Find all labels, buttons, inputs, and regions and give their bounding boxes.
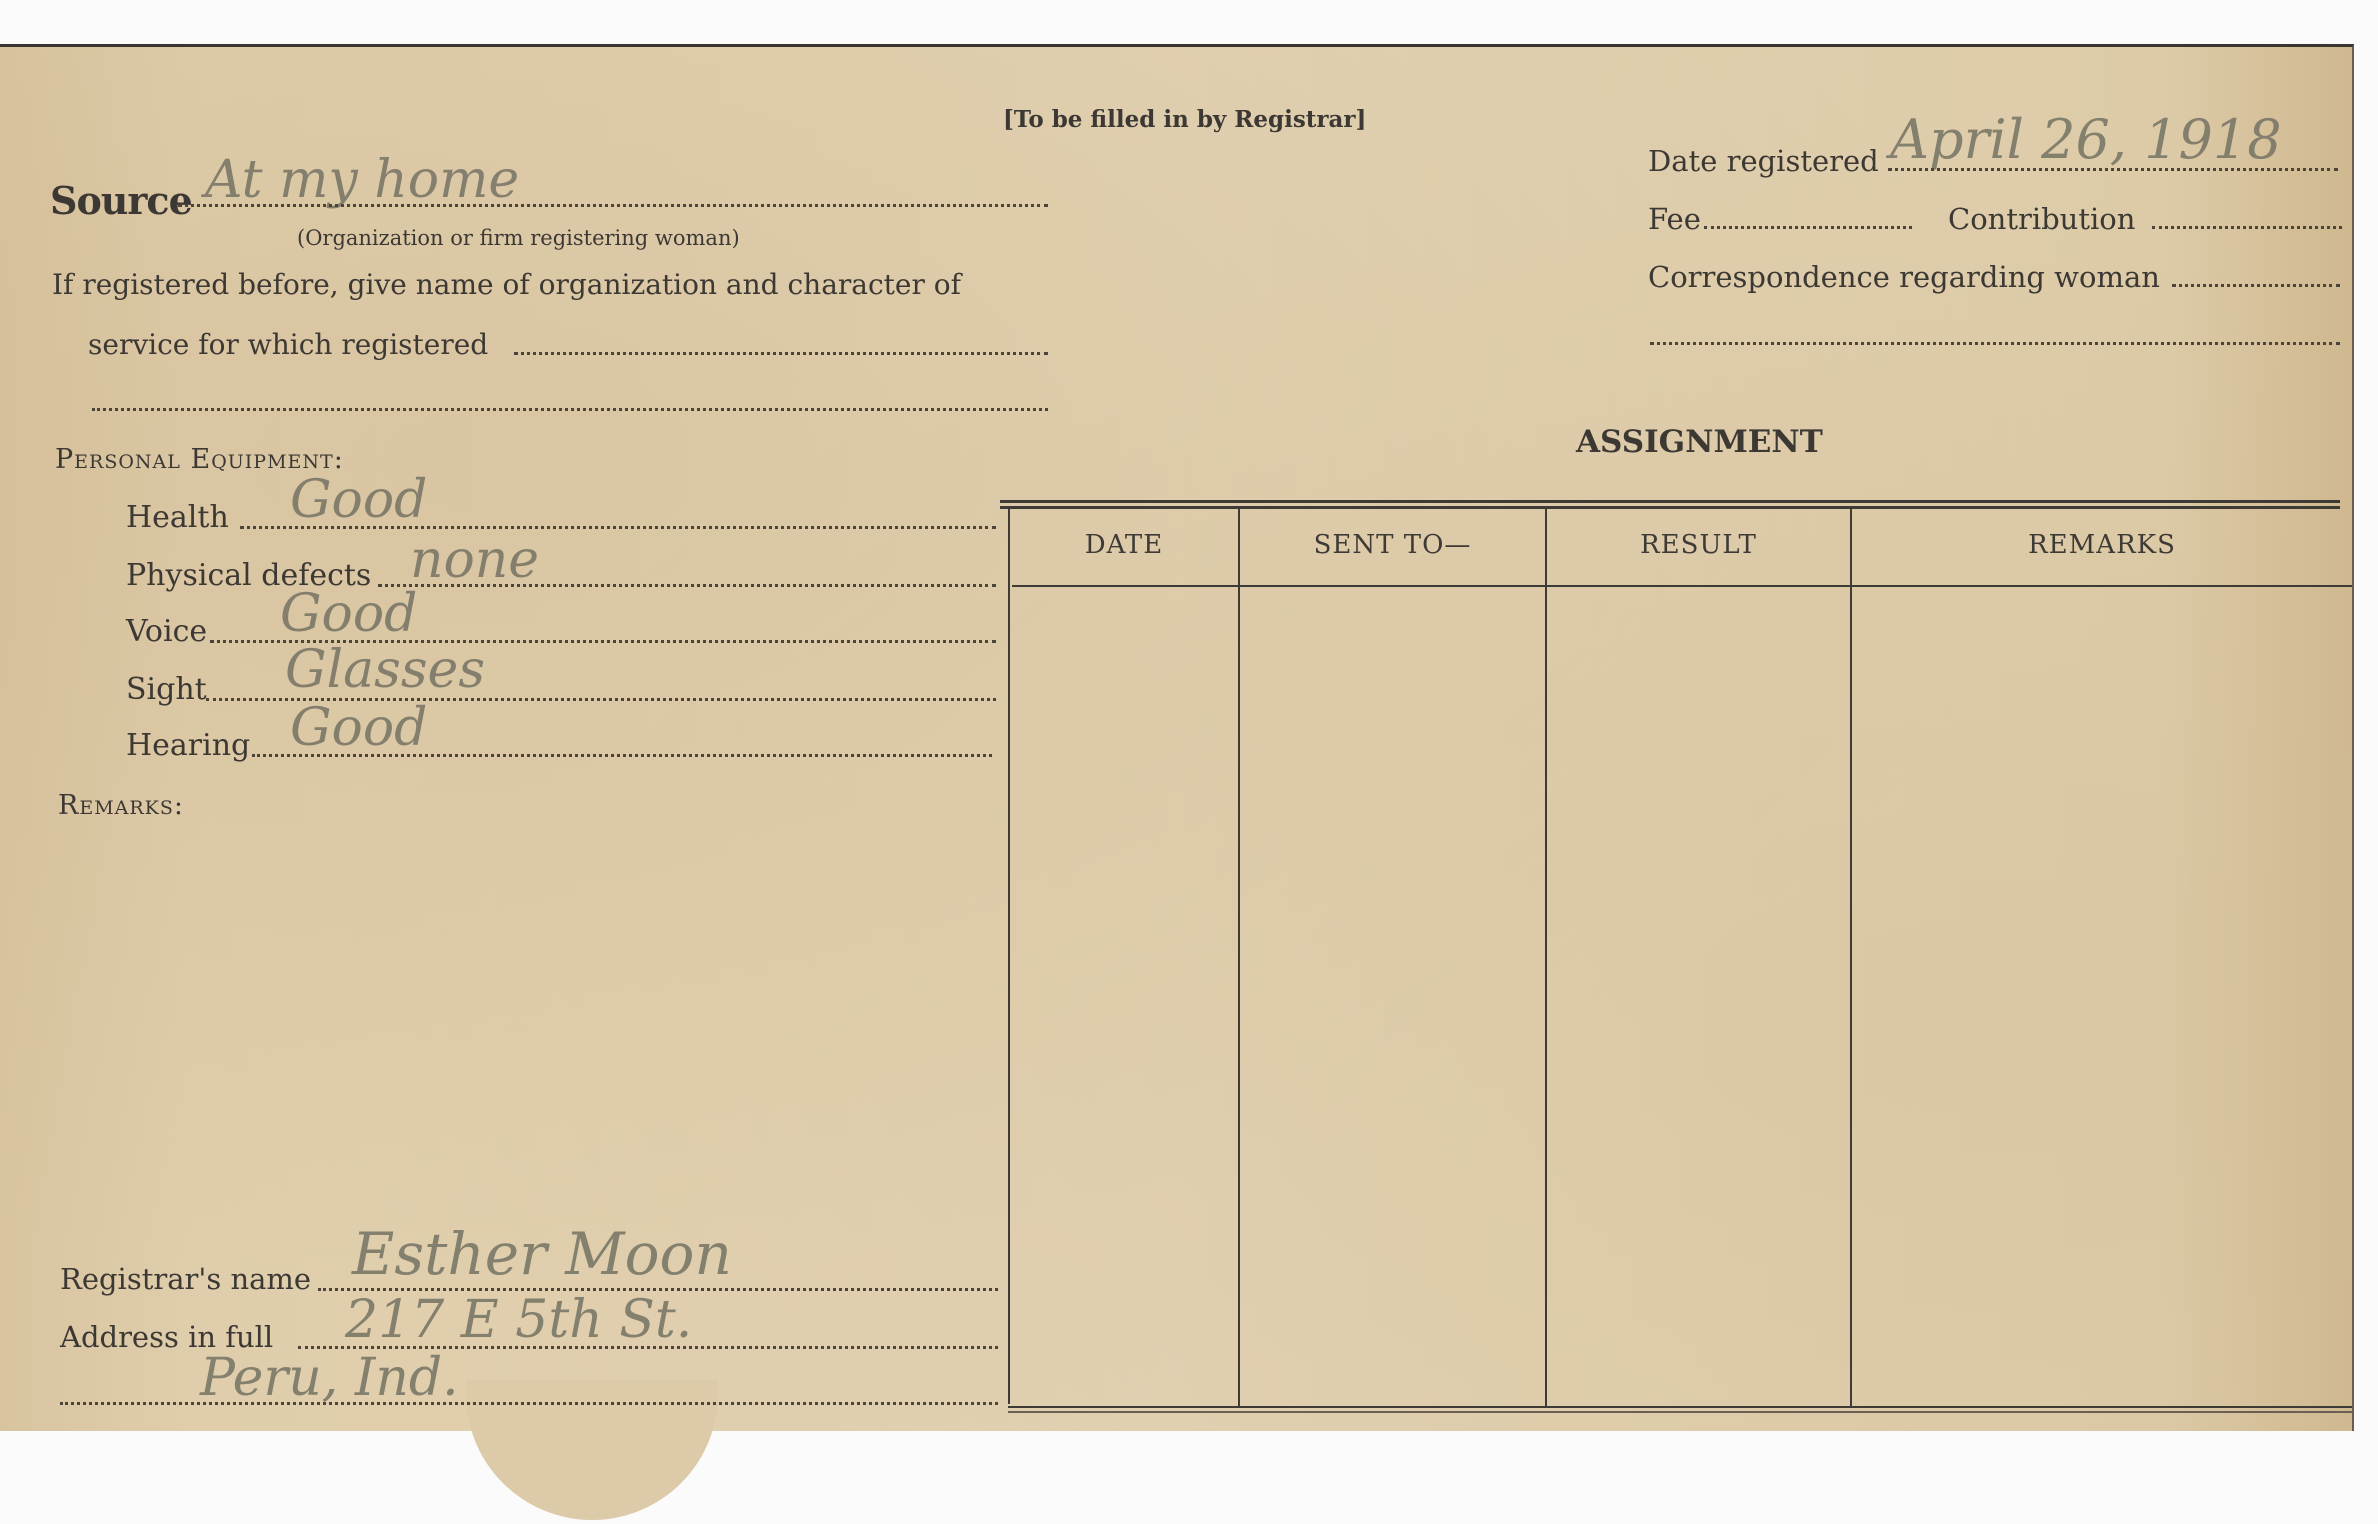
card-index-tab [466,1380,718,1520]
prior-registration-field[interactable] [514,352,1048,355]
source-caption: (Organization or firm registering woman) [297,226,740,250]
remarks-area[interactable] [58,830,988,1250]
physical-defects-line [378,584,996,587]
source-label: Source [50,178,192,223]
voice-value[interactable]: Good [280,584,417,644]
sent-to-column-cells[interactable] [1240,588,1545,1404]
remarks-label: Remarks: [58,790,184,821]
table-top-rule-1 [1000,500,2340,503]
correspondence-label: Correspondence regarding woman [1648,260,2160,294]
date-column-cells[interactable] [1010,588,1238,1404]
address-line-2 [60,1402,998,1405]
column-header-sent-to: SENT TO— [1240,530,1545,560]
voice-label: Voice [126,614,207,649]
hearing-label: Hearing [126,728,250,763]
sight-label: Sight [126,672,207,707]
prior-registration-field-2[interactable] [92,408,1048,411]
hearing-value[interactable]: Good [290,698,427,758]
physical-defects-value[interactable]: none [410,530,539,590]
source-value[interactable]: At my home [205,150,519,210]
address-value-line1[interactable]: 217 E 5th St. [345,1290,692,1350]
sight-value[interactable]: Glasses [285,640,485,700]
date-registered-value[interactable]: April 26, 1918 [1890,108,2282,171]
header-underline [1012,585,2352,587]
address-value-line2[interactable]: Peru, Ind. [200,1348,459,1408]
hearing-line [252,754,992,757]
table-bottom-rule-2 [1008,1411,2352,1413]
remarks-column-cells[interactable] [1852,588,2350,1404]
column-header-result: RESULT [1547,530,1850,560]
health-label: Health [126,500,229,535]
fee-label: Fee [1648,202,1701,236]
date-registered-line [1888,168,2338,171]
registrar-note: [To be filled in by Registrar] [1003,106,1366,133]
prior-registration-line2: service for which registered [88,328,488,361]
health-value[interactable]: Good [290,470,427,530]
column-header-date: DATE [1010,530,1238,560]
assignment-title: ASSIGNMENT [1576,424,1823,460]
fee-field[interactable] [1704,226,1912,229]
correspondence-field[interactable] [2172,284,2340,287]
date-registered-label: Date registered [1648,144,1879,178]
contribution-field[interactable] [2152,226,2342,229]
correspondence-field-2[interactable] [1650,342,2340,345]
prior-registration-line1: If registered before, give name of organ… [52,268,961,301]
registrar-name-value[interactable]: Esther Moon [352,1220,732,1288]
health-line [240,526,996,529]
contribution-label: Contribution [1948,202,2135,236]
table-top-rule-2 [1000,506,2340,509]
result-column-cells[interactable] [1547,588,1850,1404]
column-header-remarks: REMARKS [1852,530,2352,560]
registrar-name-label: Registrar's name [60,1262,311,1296]
source-line [178,204,1048,207]
table-bottom-rule-1 [1008,1406,2352,1408]
